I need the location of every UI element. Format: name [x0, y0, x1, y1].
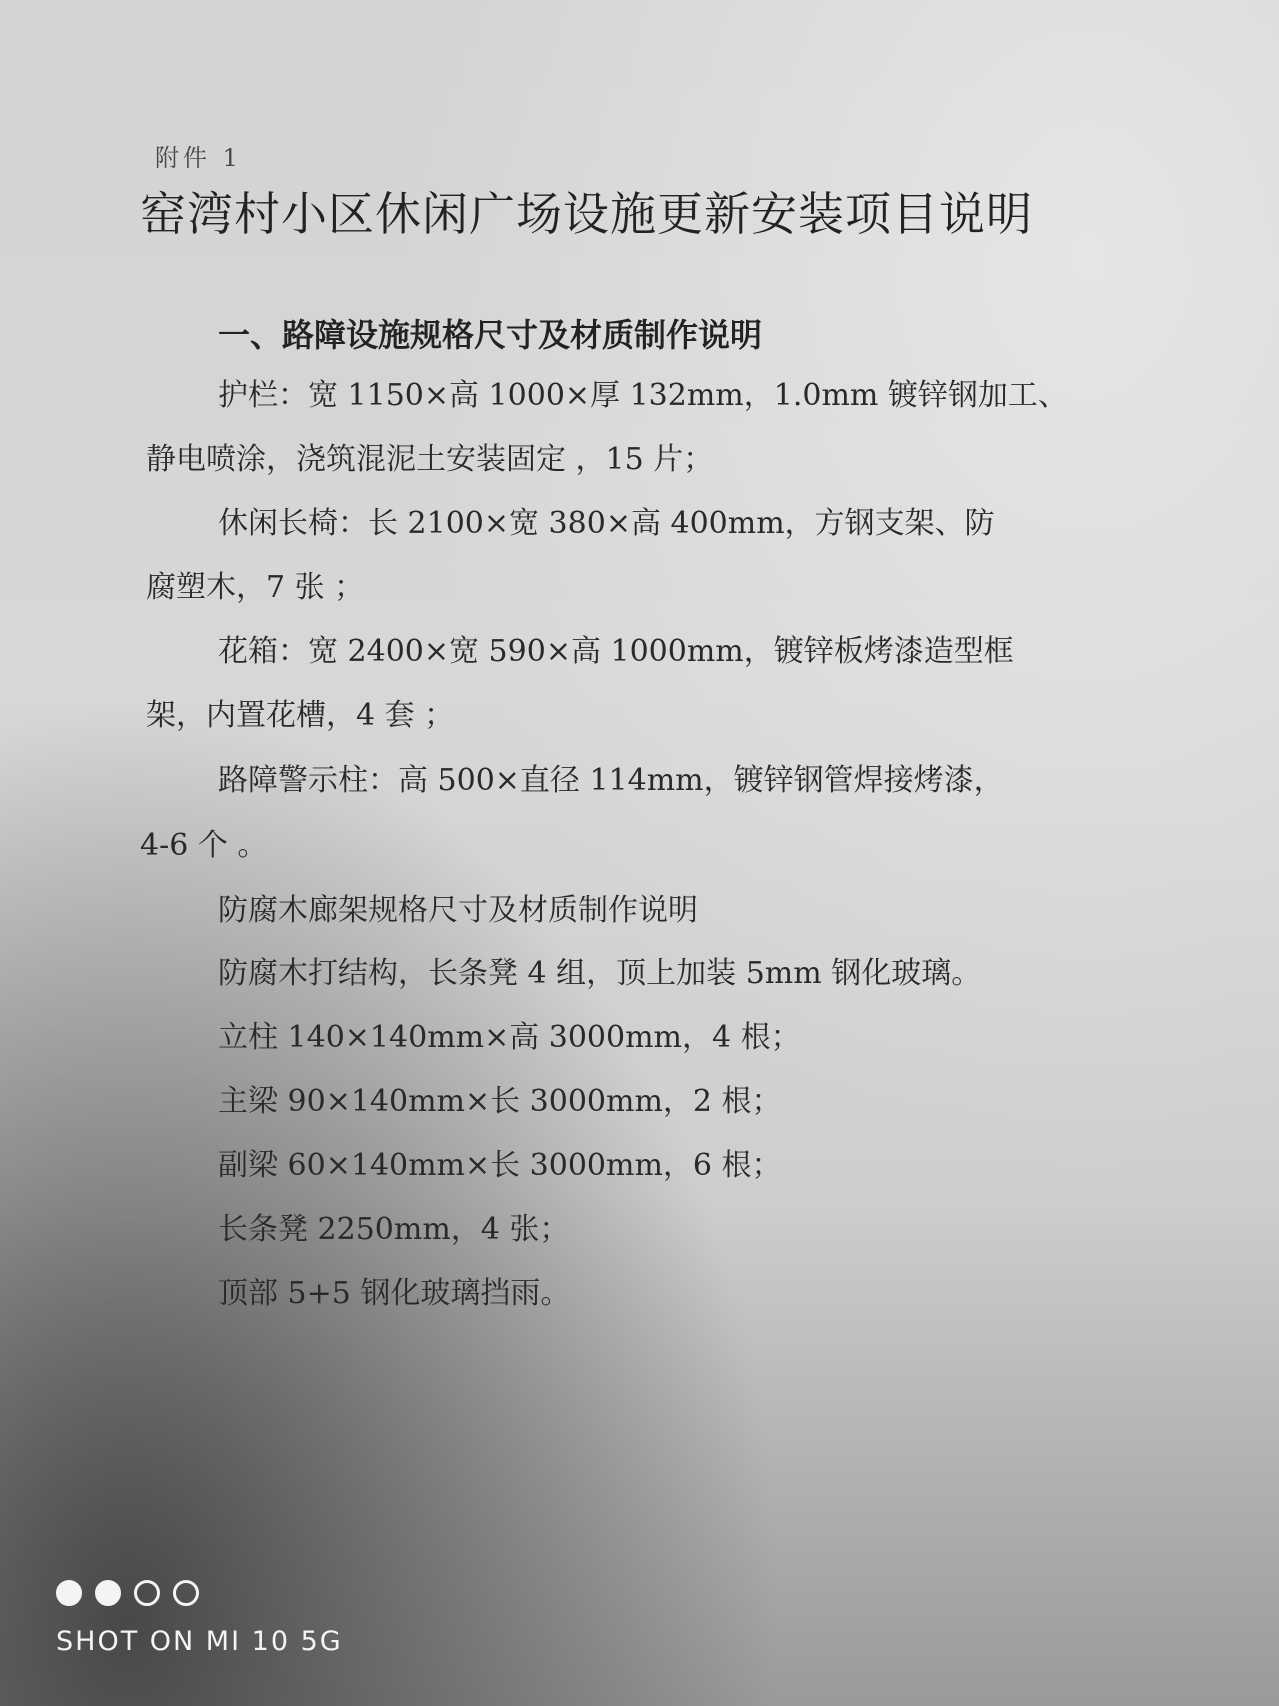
document-title: 窑湾村小区休闲广场设施更新安装项目说明	[140, 178, 1033, 244]
spec-line-bollard: 路障警示柱：高 500×直径 114mm，镀锌钢管焊接烤漆，	[218, 755, 1004, 799]
spec-line-long-bench: 长条凳 2250mm，4 张；	[218, 1204, 569, 1248]
spec-line-guardrail-cont: 静电喷涂，浇筑混泥土安装固定 ，15 片；	[146, 434, 713, 478]
spec-line-flowerbox: 花箱：宽 2400×宽 590×高 1000mm，镀锌板烤漆造型框	[218, 626, 1014, 670]
filled-circle-icon	[56, 1580, 82, 1606]
outline-circle-icon	[134, 1580, 160, 1606]
spec-line-bollard-cont: 4-6 个 。	[140, 820, 267, 864]
watermark-dots	[56, 1580, 343, 1606]
outline-circle-icon	[173, 1580, 199, 1606]
attachment-label: 附件 1	[155, 138, 242, 173]
spec-line-glass-roof: 顶部 5+5 钢化玻璃挡雨。	[218, 1268, 570, 1312]
subsection-heading-pergola: 防腐木廊架规格尺寸及材质制作说明	[218, 885, 698, 929]
spec-line-pergola-structure: 防腐木打结构，长条凳 4 组，顶上加装 5mm 钢化玻璃。	[218, 948, 981, 992]
spec-line-column: 立柱 140×140mm×高 3000mm，4 根；	[218, 1012, 801, 1056]
spec-line-main-beam: 主梁 90×140mm×长 3000mm，2 根；	[218, 1076, 782, 1120]
document-photo: 附件 1 窑湾村小区休闲广场设施更新安装项目说明 一、路障设施规格尺寸及材质制作…	[0, 0, 1279, 1706]
section-heading: 一、路障设施规格尺寸及材质制作说明	[218, 310, 762, 356]
spec-line-flowerbox-cont: 架，内置花槽，4 套 ；	[146, 690, 454, 734]
watermark-text: SHOT ON MI 10 5G	[56, 1626, 343, 1657]
filled-circle-icon	[95, 1580, 121, 1606]
spec-line-guardrail: 护栏：宽 1150×高 1000×厚 132mm，1.0mm 镀锌钢加工、	[218, 370, 1068, 414]
spec-line-bench-cont: 腐塑木，7 张 ；	[146, 562, 364, 606]
spec-line-bench: 休闲长椅：长 2100×宽 380×高 400mm，方钢支架、防	[218, 498, 995, 542]
spec-line-secondary-beam: 副梁 60×140mm×长 3000mm，6 根；	[218, 1140, 782, 1184]
camera-watermark: SHOT ON MI 10 5G	[56, 1580, 343, 1657]
